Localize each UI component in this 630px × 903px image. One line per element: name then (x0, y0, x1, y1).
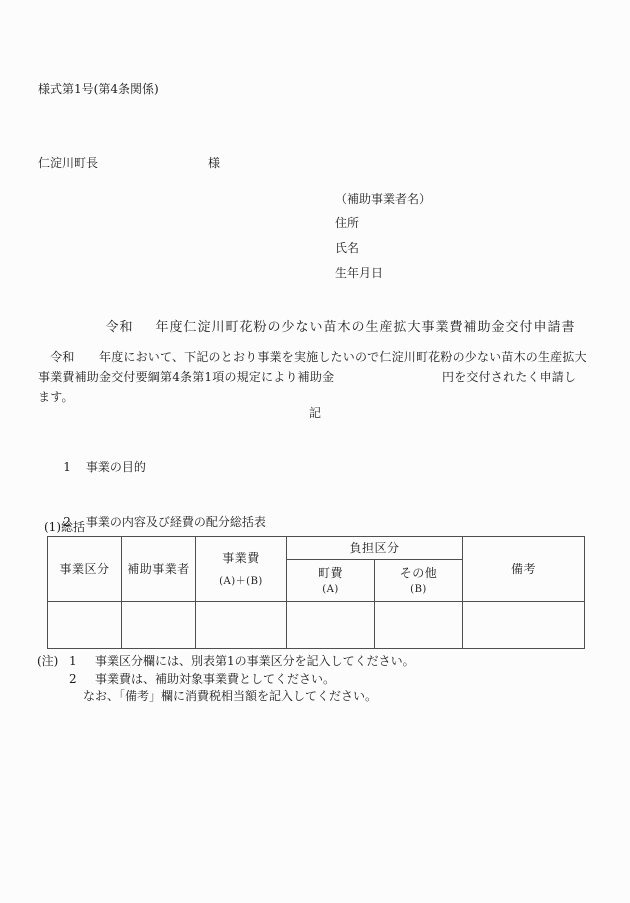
col-header-project-cost: 事業費 (A)＋(B) (196, 537, 287, 602)
col-header-remarks: 備考 (463, 537, 585, 602)
document-title-era: 令和 (106, 320, 134, 335)
addressee-name: 仁淀川町長 (38, 157, 98, 169)
section-1-heading: 1事業の目的 (48, 449, 146, 485)
col-header-burden-classification: 負担区分 (287, 537, 463, 560)
form-number: 様式第1号(第4条関係) (38, 83, 159, 95)
subsection-heading: (1)総括 (44, 521, 85, 533)
body-paragraph-line2-right: 円を交付されたく申請し (442, 371, 576, 383)
applicant-address-label: 住所 (335, 217, 359, 229)
note-1-text: 事業区分欄には、別表第1の事業区分を記入してください。 (95, 655, 415, 667)
empty-cell-business-category (48, 602, 122, 649)
col-header-subsidized-operator: 補助事業者 (122, 537, 196, 602)
body-paragraph-line2-left: 事業費補助金交付要綱第4条第1項の規定により補助金 (38, 371, 334, 383)
empty-cell-other (375, 602, 463, 649)
empty-cell-project-cost (196, 602, 287, 649)
applicant-name-label: （補助事業者名） (335, 193, 431, 205)
document-title: 令和年度仁淀川町花粉の少ない苗木の生産拡大事業費補助金交付申請書 (85, 308, 576, 347)
body-paragraph-line3: ます。 (38, 391, 74, 403)
section-1-number: 1 (63, 460, 71, 474)
body-paragraph-line1: 令和 年度において、下記のとおり事業を実施したいので仁淀川町花粉の少ない苗木の生… (38, 351, 587, 363)
empty-cell-subsidized-operator (122, 602, 196, 649)
table-row (48, 602, 585, 649)
applicant-birthdate-label: 生年月日 (335, 267, 383, 279)
summary-table: 事業区分 補助事業者 事業費 (A)＋(B) 負担区分 備考 町費 (A) その… (47, 536, 585, 649)
ki-heading: 記 (0, 407, 630, 419)
notes-label: (注) (37, 655, 58, 667)
section-2-label: 事業の内容及び経費の配分総括表 (86, 515, 266, 529)
empty-cell-town-expense (287, 602, 375, 649)
col-header-business-category: 事業区分 (48, 537, 122, 602)
empty-cell-remarks (463, 602, 585, 649)
note-2-text: 事業費は、補助対象事業費としてください。 (95, 673, 335, 685)
note-2-number: 2 (69, 673, 77, 685)
addressee-honorific: 様 (208, 157, 220, 169)
section-1-label: 事業の目的 (86, 460, 146, 474)
note-3-text: なお、「備考」欄に消費税相当額を記入してください。 (83, 690, 377, 702)
applicant-fullname-label: 氏名 (335, 242, 359, 254)
document-page: 様式第1号(第4条関係) 仁淀川町長 様 （補助事業者名） 住所 氏名 生年月日… (0, 0, 630, 903)
document-title-rest: 年度仁淀川町花粉の少ない苗木の生産拡大事業費補助金交付申請書 (156, 320, 576, 335)
col-header-other: その他 (B) (375, 560, 463, 602)
note-1-number: 1 (69, 655, 77, 667)
col-header-town-expense: 町費 (A) (287, 560, 375, 602)
